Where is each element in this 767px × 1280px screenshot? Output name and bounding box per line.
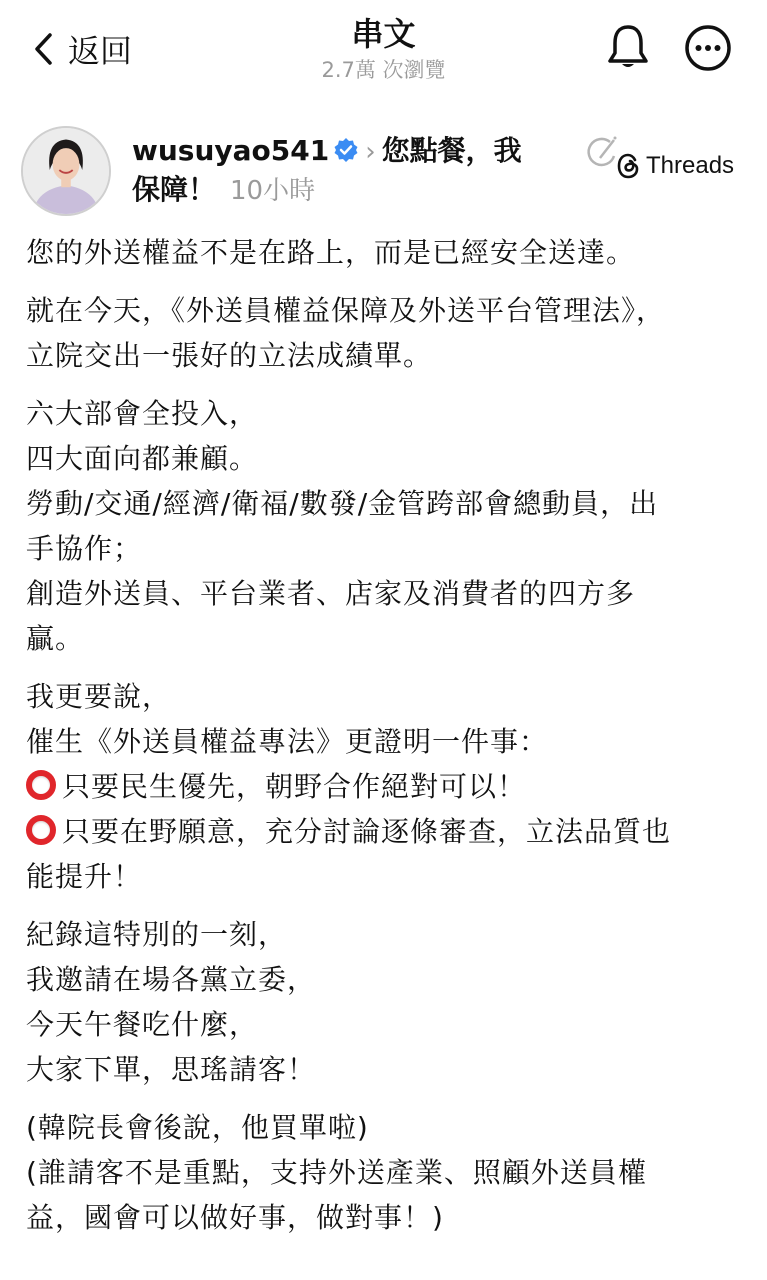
paragraph: 紀錄這特別的一刻， 我邀請在場各黨立委， 今天午餐吃什麼， 大家下單，思瑤請客！ <box>26 912 741 1092</box>
text-line: 六大部會全投入， <box>26 391 741 436</box>
text-line: 我邀請在場各黨立委， <box>26 957 741 1002</box>
post-meta: wusuyao541›您點餐，我 保障！10小時 <box>132 132 552 210</box>
paragraph: 您的外送權益不是在路上，而是已經安全送達。 <box>26 230 741 275</box>
paragraph: 我更要說， 催生《外送員權益專法》更證明一件事： 只要民生優先，朝野合作絕對可以… <box>26 674 741 899</box>
red-circle-icon <box>26 815 56 845</box>
more-options-icon[interactable] <box>684 24 732 72</box>
text-line: 只要民生優先，朝野合作絕對可以！ <box>62 770 526 803</box>
text-line: 創造外送員、平台業者、店家及消費者的四方多 <box>26 571 741 616</box>
edit-icon <box>584 134 620 170</box>
text-line: 四大面向都兼顧。 <box>26 436 741 481</box>
post-headline-cont: 保障！ <box>132 173 216 206</box>
text-line: 今天午餐吃什麼， <box>26 1002 741 1047</box>
bullet-line: 只要在野願意，充分討論逐條審查，立法品質也 <box>26 809 741 854</box>
post-headline: 您點餐，我 <box>382 134 522 167</box>
chevron-right-icon: › <box>365 137 375 167</box>
verified-badge-icon <box>333 137 359 163</box>
text-line: 紀錄這特別的一刻， <box>26 912 741 957</box>
text-line: 勞動/交通/經濟/衛福/數發/金管跨部會總動員，出 <box>26 481 741 526</box>
text-line: 您的外送權益不是在路上，而是已經安全送達。 <box>26 230 741 275</box>
post-time: 10小時 <box>230 176 315 206</box>
paragraph: 就在今天，《外送員權益保障及外送平台管理法》， 立院交出一張好的立法成績單。 <box>26 288 741 378</box>
text-line: 只要在野願意，充分討論逐條審查，立法品質也 <box>62 815 671 848</box>
threads-label: Threads <box>646 152 734 180</box>
paragraph: (韓院長會後說，他買單啦) (誰請客不是重點，支持外送產業、照顧外送員權 益，國… <box>26 1105 741 1240</box>
bullet-line: 只要民生優先，朝野合作絕對可以！ <box>26 764 741 809</box>
avatar-image <box>23 128 109 214</box>
text-line: 手協作； <box>26 526 741 571</box>
threads-source-link[interactable]: Threads <box>616 152 734 180</box>
text-line: 催生《外送員權益專法》更證明一件事： <box>26 719 741 764</box>
text-line: (誰請客不是重點，支持外送產業、照顧外送員權 <box>26 1150 741 1195</box>
red-circle-icon <box>26 770 56 800</box>
top-navigation-bar: 返回 串文 2.7萬 次瀏覽 <box>0 0 767 100</box>
text-line: 立院交出一張好的立法成績單。 <box>26 333 741 378</box>
text-line: 能提升！ <box>26 854 741 899</box>
text-line: 贏。 <box>26 616 741 661</box>
text-line: (韓院長會後說，他買單啦) <box>26 1105 741 1150</box>
threads-logo-icon <box>616 152 642 180</box>
bell-icon[interactable] <box>604 22 652 72</box>
username-link[interactable]: wusuyao541 <box>132 134 329 167</box>
text-line: 就在今天，《外送員權益保障及外送平台管理法》， <box>26 288 741 333</box>
avatar[interactable] <box>21 126 111 216</box>
post-header: wusuyao541›您點餐，我 保障！10小時 Threads <box>0 124 767 224</box>
paragraph: 六大部會全投入， 四大面向都兼顧。 勞動/交通/經濟/衛福/數發/金管跨部會總動… <box>26 391 741 661</box>
text-line: 大家下單，思瑤請客！ <box>26 1047 741 1092</box>
post-body: 您的外送權益不是在路上，而是已經安全送達。 就在今天，《外送員權益保障及外送平台… <box>26 230 741 1253</box>
text-line: 益，國會可以做好事，做對事！) <box>26 1195 741 1240</box>
text-line: 我更要說， <box>26 674 741 719</box>
